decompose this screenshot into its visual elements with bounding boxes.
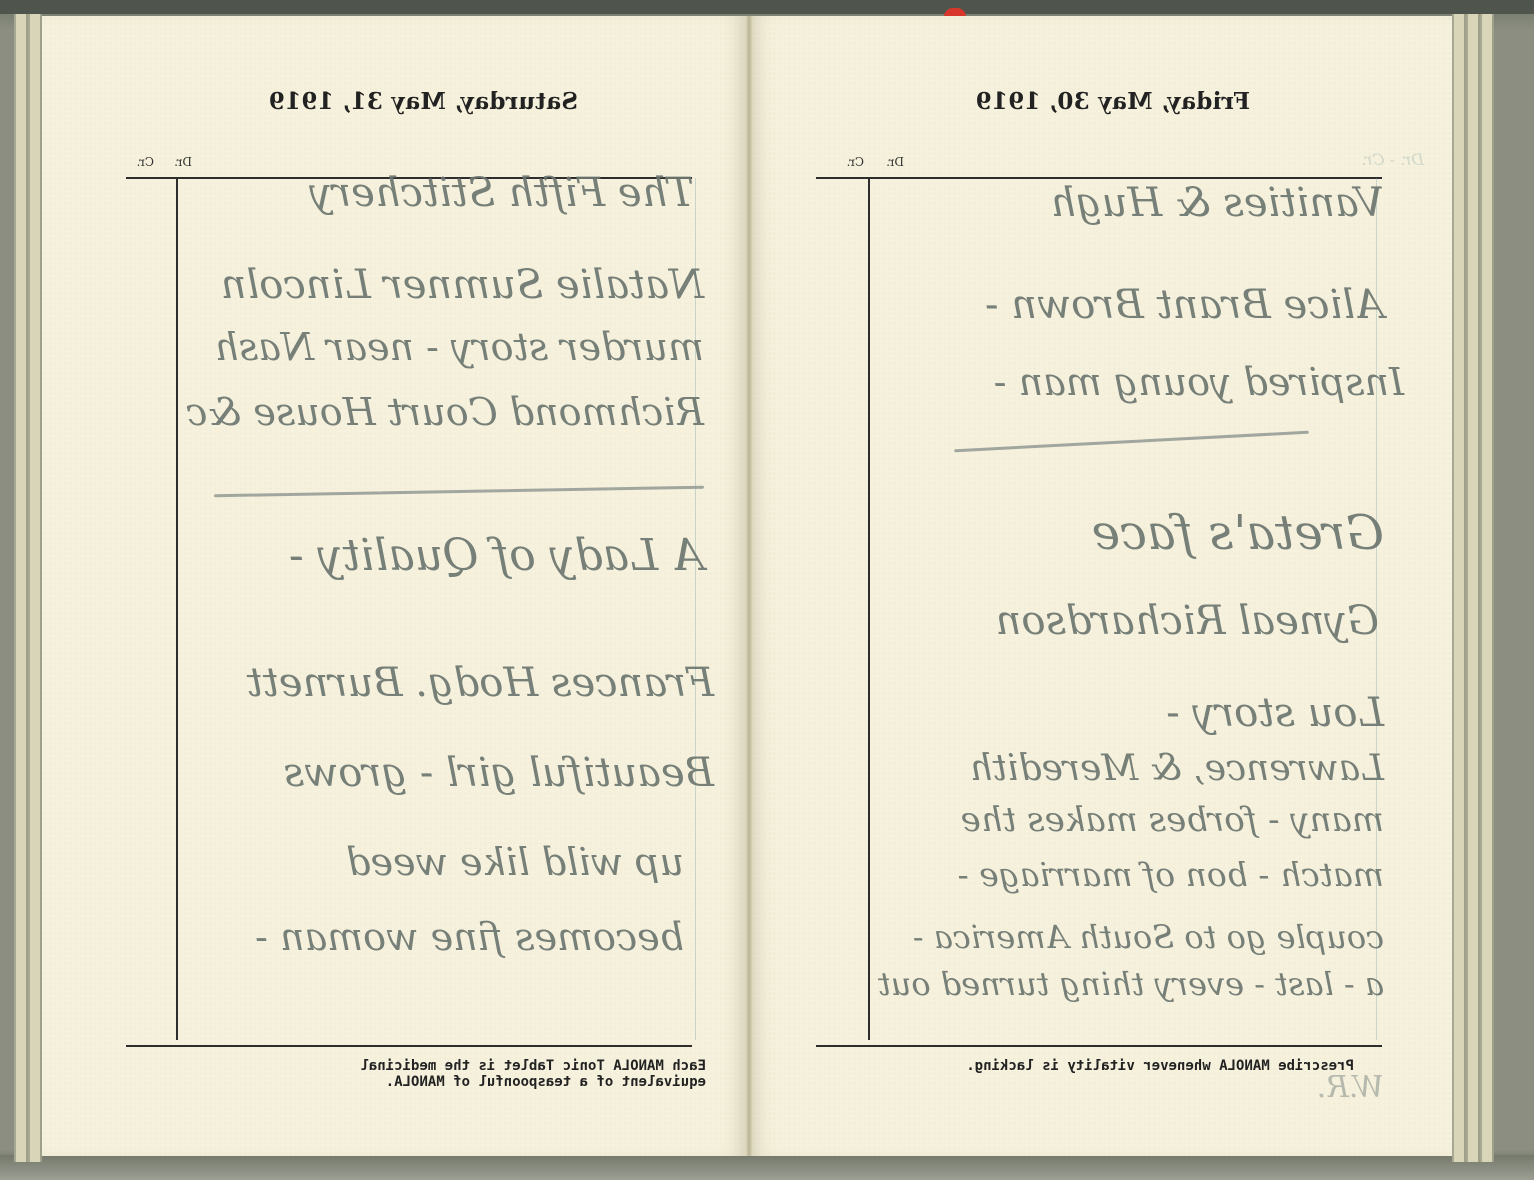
handwriting-line: many - forbes makes the [961, 800, 1384, 840]
bleed-through-text: Dr. - Cr. [1361, 150, 1424, 169]
page-edge-stack-right [28, 14, 42, 1162]
page-edge-stack-left [1452, 14, 1466, 1162]
handwriting-line: match - bon of marriage - [958, 855, 1384, 894]
handwriting-line: murder story - near Nash [214, 325, 704, 369]
footer-rule [126, 1045, 692, 1047]
handwriting-line: Lou story - [1166, 690, 1384, 736]
handwriting-line: couple go to South America - [913, 918, 1384, 956]
book-gutter [745, 16, 753, 1156]
diary-spread: Friday, May 30, 1919 Dr. Cr. Prescribe M… [0, 0, 1534, 1180]
footer-advert-saturday-line2: equivalent of a teaspoonful of MANOLA. [386, 1074, 706, 1090]
handwriting-line: A Lady of Quality - [289, 530, 704, 581]
handwriting-line: Natalie Sumner Lincoln [221, 262, 704, 308]
page-edge-stack-left [1466, 14, 1480, 1162]
column-rule [176, 178, 178, 1040]
handwriting-line: Gyneal Richardson [996, 598, 1379, 644]
column-rule [868, 178, 870, 1040]
page-edge-stack-left [1480, 14, 1494, 1162]
handwriting-line: Alice Brant Brown - [985, 282, 1384, 328]
handwriting-line: Greta's face [1092, 505, 1384, 561]
debit-header: Dr. [886, 155, 904, 169]
handwriting-line: The Fifth Stitchery [309, 170, 694, 216]
page-edge-stack-right [14, 14, 28, 1162]
cover-top-edge [0, 0, 1534, 14]
page-date-friday: Friday, May 30, 1919 [975, 88, 1250, 115]
handwriting-line: Inspired young man - [994, 360, 1404, 404]
credit-header: Cr. [847, 155, 864, 169]
handwriting-line: Richmond Court House &c [186, 390, 704, 434]
margin-initials: W.R. [1317, 1070, 1384, 1105]
handwriting-line: Vanities & Hugh [1050, 180, 1384, 226]
debit-header: Dr. [174, 155, 192, 169]
handwriting-line: Lawrence, & Meredith [969, 748, 1384, 789]
footer-advert-friday: Prescribe MANOLA whenever vitality is la… [966, 1058, 1354, 1074]
handwriting-line: becomes fine woman - [255, 915, 684, 959]
credit-header: Cr. [137, 155, 154, 169]
header-rule [816, 177, 1382, 179]
page-date-saturday: Saturday, May 31, 1919 [268, 88, 578, 115]
footer-advert-saturday-line1: Each MANOLA Tonic Tablet is the medicina… [360, 1058, 706, 1074]
cover-bottom-edge [0, 1155, 1534, 1180]
handwriting-line: up wild like weed [346, 840, 684, 884]
handwriting-line: Beautiful girl - grows [284, 750, 714, 796]
handwriting-line: a - last - every thing turned out [878, 965, 1384, 1003]
footer-rule [816, 1045, 1382, 1047]
handwriting-line: Frances Hodg. Burnett [247, 660, 714, 706]
